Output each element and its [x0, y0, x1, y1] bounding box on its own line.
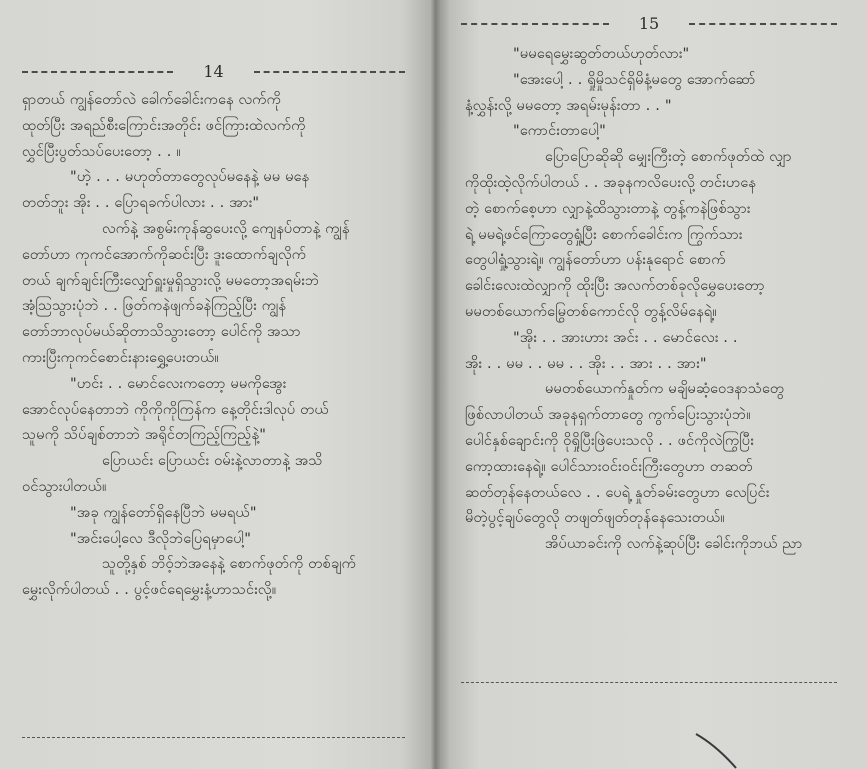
text-line: မမတစ်ယောက်မြွေတစ်ကောင်လို တွန့်လိမ်နေရဲ့…	[465, 300, 837, 326]
left-page: 14 ရှာတယ် ကျွန်တော်လဲ ခေါက်ခေါင်းကနေ လက်…	[0, 0, 437, 769]
header-rule-right-a	[461, 23, 609, 25]
pen-mark-icon	[692, 730, 752, 769]
text-line: "ဟဲ့ . . . မဟုတ်တာတွေလုပ်မနေနဲ့ မမ မနေ	[22, 165, 405, 191]
text-line: ကားပြီးကုကင်စောင်းနားရွှေ့ပေးတယ်။	[22, 346, 405, 372]
page-header-left: 14	[22, 62, 405, 81]
text-line: မိတဲ့ပွင့်ချပ်တွေလို တဖျတ်ဖျတ်တုန်နေသေးတ…	[465, 506, 837, 532]
text-line: တော်ဟာ ကုကင်အောက်ကိုဆင်းပြီး ဒူးထောက်ချလ…	[22, 243, 405, 269]
right-page: 15 "မမရေမွှေးဆွတ်တယ်ဟုတ်လား""အေးပေါ့ . .…	[437, 0, 867, 769]
text-line: ထုတ်ပြီး အရည်စီးကြောင်းအတိုင်း ဖင်ကြားထဲ…	[22, 114, 405, 140]
text-line: လက်နဲ့ အစွမ်းကုန်ဆွပေးလို့ ကျေနပ်တာနဲ့ က…	[22, 217, 405, 243]
text-line: သူတို့နှစ် ဘိဝ့်ဘဲအနေနဲ့ စောက်ဖုတ်ကို တစ…	[22, 552, 405, 578]
footer-rule-left	[22, 737, 405, 738]
text-line: အိပ်ယာခင်းကို လက်နဲ့ဆုပ်ပြီး ခေါင်းကိုဘယ…	[465, 532, 837, 558]
page-number: 14	[173, 62, 253, 81]
text-line: "ဟင်း . . မောင်လေးကတော့ မမကိုအွေး	[22, 372, 405, 398]
header-rule-left-a	[22, 71, 173, 73]
text-line: ခေါင်းလေးထဲလျှာကို ထိုးပြီး အလက်တစ်ခုလို…	[465, 274, 837, 300]
text-line: တယ် ချက်ချင်းကြီးလျှော်ရှူးမှုရှိသွားလို…	[22, 269, 405, 295]
text-line: "ကောင်းတာပေါ့"	[465, 119, 837, 145]
text-line: အံ့ဩသွားပုံဘဲ . . ဖြတ်ကနဲဖျက်ခနဲကြည့်ပြီ…	[22, 294, 405, 320]
text-line: နံ့လွှန်းလို့ မမတော့ အရမ်းမုန်းတာ . . "	[465, 94, 837, 120]
text-line: "အင်းပေါ့လေ ဒီလိုဘဲပြေရမှာပေါ့"	[22, 527, 405, 553]
text-line: အိုး . . မမ . . မမ . . အိုး . . အား . . …	[465, 352, 837, 378]
text-line: တွေပါရှုံ့သွားရဲ့။ ကျွန်တော်ဟာ ပန်းနုရော…	[465, 248, 837, 274]
book-spread: 14 ရှာတယ် ကျွန်တော်လဲ ခေါက်ခေါင်းကနေ လက်…	[0, 0, 867, 769]
page-number: 15	[609, 14, 689, 33]
text-line: တတ်ဘူး အိုး . . ပြောရခက်ပါလား . . အား"	[22, 191, 405, 217]
text-line: "အေးပေါ့ . . ရှိုမှိုသင်ရှိမိနံ့မတွေ အော…	[465, 68, 837, 94]
text-line: အောင်လုပ်နေတာဘဲ ကိုကိုကိုကြန်က နေ့တိုင်း…	[22, 398, 405, 424]
text-line: တော်ဘာလုပ်မယ်ဆိုတာသိသွားတော့ ပေါင်ကို အသ…	[22, 320, 405, 346]
footer-rule-right	[461, 682, 837, 683]
text-line: "အခု ကျွန်တော်ရှိနေပြီဘဲ မမရယ်"	[22, 501, 405, 527]
text-line: ရှာတယ် ကျွန်တော်လဲ ခေါက်ခေါင်းကနေ လက်ကို	[22, 88, 405, 114]
text-line: ဖြစ်လာပါတယ် အခုနရှက်တာတွေ ကွက်ပြေးသွားပု…	[465, 403, 837, 429]
text-line: "အိုး . . အားဟား အင်း . . မောင်လေး . .	[465, 326, 837, 352]
text-line: ဆတ်တုန်နေတယ်လေ . . ပေရဲ့ နှုတ်ခမ်းတွေဟာ …	[465, 481, 837, 507]
left-page-text: ရှာတယ် ကျွန်တော်လဲ ခေါက်ခေါင်းကနေ လက်ကို…	[22, 88, 405, 604]
book-gutter	[430, 0, 442, 769]
text-line: ဝင်သွားပါတယ်။	[22, 475, 405, 501]
text-line: "မမရေမွှေးဆွတ်တယ်ဟုတ်လား"	[465, 42, 837, 68]
text-line: ကိုထိုးထဲ့လိုက်ပါတယ် . . အခုနကလိပေးလို့ …	[465, 171, 837, 197]
header-rule-right-b	[689, 23, 837, 25]
text-line: မွှေးလိုက်ပါတယ် . . ပွင့်ဖင်ရေမွှေးနံ့ဟာ…	[22, 578, 405, 604]
right-page-text: "မမရေမွှေးဆွတ်တယ်ဟုတ်လား""အေးပေါ့ . . ရှ…	[465, 42, 837, 558]
text-line: သူမကို သိပ်ချစ်တာဘဲ အရိုင်တကြည့်ကြည့်နဲ့…	[22, 423, 405, 449]
text-line: ပြောပြောဆိုဆို မျှေးကြီးတဲ့ စောက်ဖုတ်ထဲ …	[465, 145, 837, 171]
header-rule-left-b	[254, 71, 405, 73]
text-line: ကော့ထားနေရဲ့။ ပေါင်သားဝင်းဝင်းကြီးတွေဟာ …	[465, 455, 837, 481]
text-line: လွှင်ပြီးပွတ်သပ်ပေးတော့ . . ။	[22, 140, 405, 166]
text-line: မမတစ်ယောက်နှုတ်က မချိမဆံ့ဝေဒနာသံတွေ	[465, 377, 837, 403]
text-line: ပြောယင်း ပြောယင်း ဝမ်းနဲ့လာတာနဲ့ အသိ	[22, 449, 405, 475]
text-line: ပေါင်နှစ်ချောင်းကို ဝိုရှိုပြီးဖြဲပေးသလိ…	[465, 429, 837, 455]
page-header-right: 15	[461, 14, 837, 33]
text-line: ရဲ့ မမရဲ့ဖင်ကြောတွေရှုံ့ပြီး စောက်ခေါင်း…	[465, 223, 837, 249]
text-line: တဲ့ စောက်စေ့ဟာ လျှာနဲ့ထိသွားတာနဲ့ တွန့်က…	[465, 197, 837, 223]
